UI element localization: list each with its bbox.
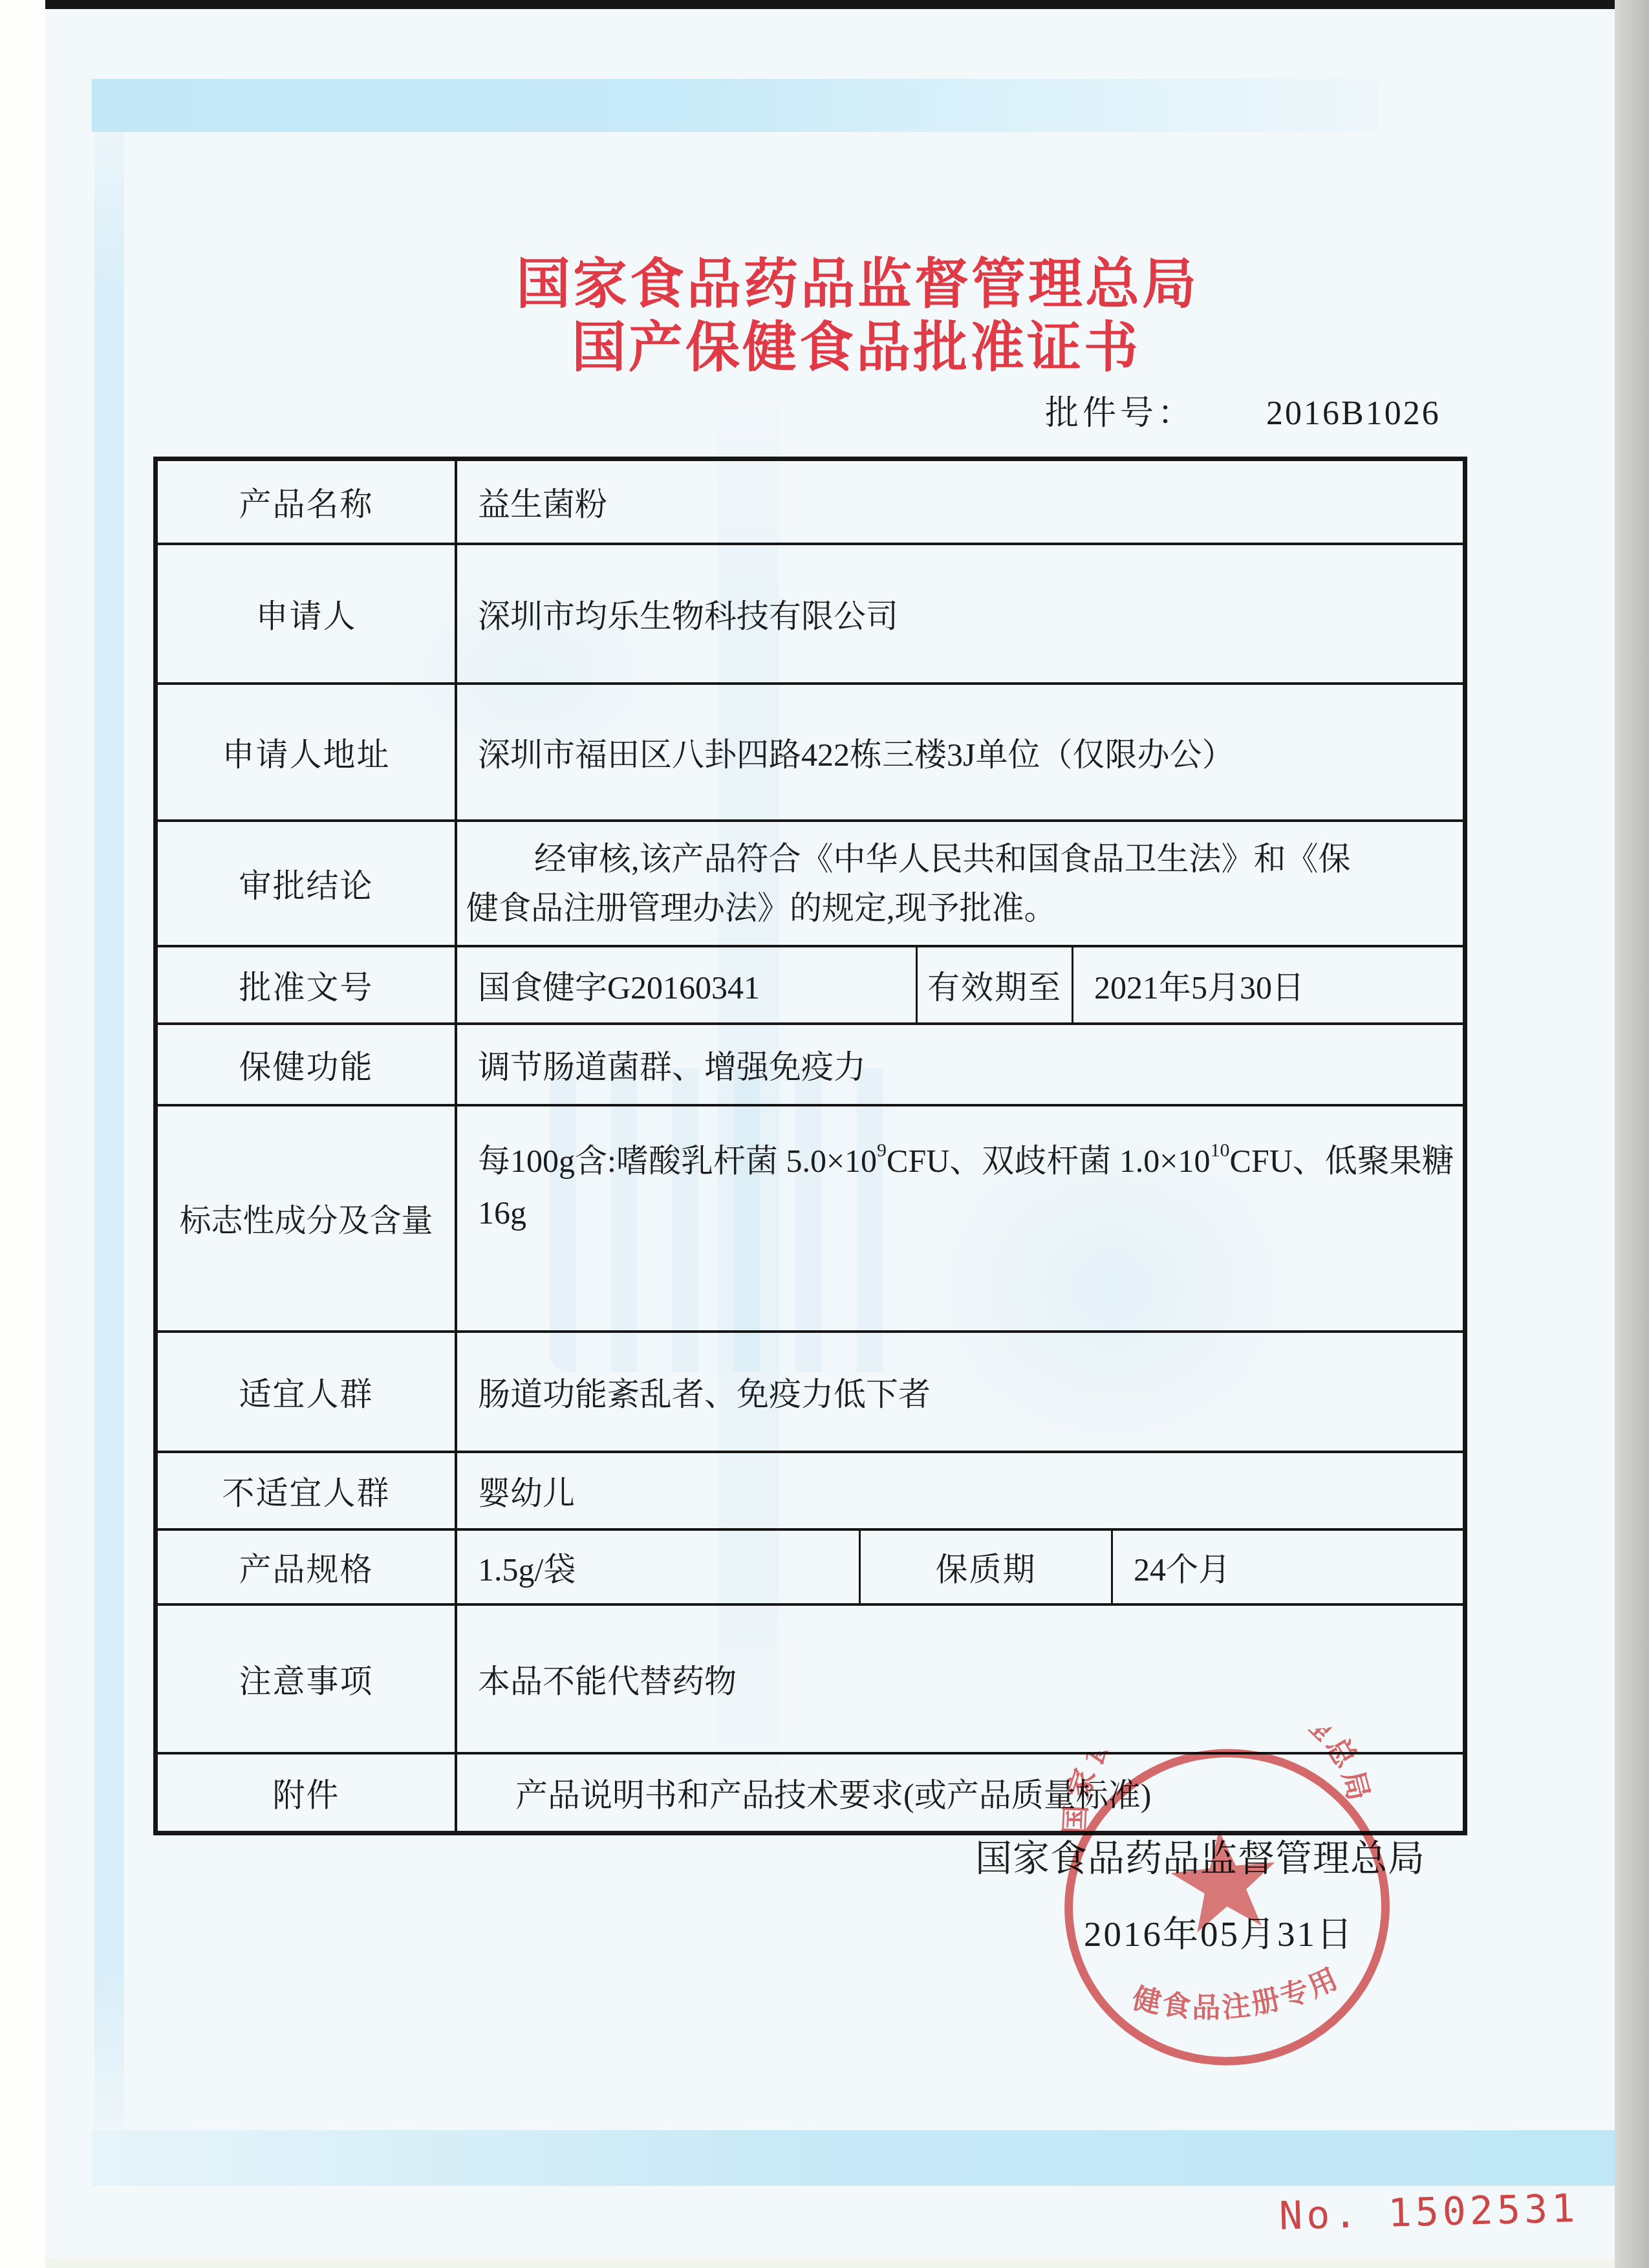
stamp-star-icon — [1167, 1824, 1282, 1934]
row-value: 每100g含:嗜酸乳杆菌 5.0×109CFU、双歧杆菌 1.0×1010CFU… — [457, 1107, 1463, 1330]
bottom-cyan-band — [92, 2130, 1649, 2186]
table-row-precautions: 注意事项 本品不能代替药物 — [158, 1603, 1463, 1752]
row-label: 审批结论 — [158, 822, 457, 945]
conclusion-line-1: 经审核,该产品符合《中华人民共和国食品卫生法》和《保 — [466, 834, 1351, 883]
scan-edge-bottom — [45, 2258, 1615, 2268]
ingredients-part-1: 每100g含:嗜酸乳杆菌 5.0×10 — [478, 1143, 877, 1179]
row-label: 产品名称 — [158, 461, 457, 543]
row-label: 保健功能 — [158, 1025, 457, 1104]
row-label: 批准文号 — [158, 947, 457, 1022]
approval-number-value: 2016B1026 — [1266, 395, 1441, 432]
table-row-marker-components: 标志性成分及含量 每100g含:嗜酸乳杆菌 5.0×109CFU、双歧杆菌 1.… — [158, 1104, 1463, 1330]
approval-number-label: 批件号： — [1045, 395, 1195, 432]
row-label: 不适宜人群 — [158, 1453, 457, 1528]
ingredients-part-2: CFU、双歧杆菌 1.0×10 — [887, 1143, 1210, 1179]
row-value: 婴幼儿 — [457, 1453, 1463, 1528]
table-row-unsuitable-group: 不适宜人群 婴幼儿 — [158, 1451, 1463, 1528]
ingredients-exponent-9: 9 — [877, 1139, 887, 1161]
scan-edge-top — [0, 0, 1615, 9]
row-value: 肠道功能紊乱者、免疫力低下者 — [457, 1333, 1463, 1451]
table-row-approval-document-number: 批准文号 国食健字G20160341 有效期至 2021年5月30日 — [158, 945, 1463, 1022]
official-seal-stamp: 国家食品药品监督管理总局 保健食品注册专用章 — [1036, 1720, 1432, 2099]
product-spec-value: 1.5g/袋 — [457, 1531, 861, 1603]
row-label: 申请人 — [158, 545, 457, 682]
row-label: 标志性成分及含量 — [158, 1107, 457, 1330]
row-value: 益生菌粉 — [457, 461, 1463, 543]
row-value: 经审核,该产品符合《中华人民共和国食品卫生法》和《保 健食品注册管理办法》的规定… — [457, 822, 1463, 945]
row-value: 调节肠道菌群、增强免疫力 — [457, 1025, 1463, 1104]
table-row-approval-conclusion: 审批结论 经审核,该产品符合《中华人民共和国食品卫生法》和《保 健食品注册管理办… — [158, 819, 1463, 945]
row-label: 产品规格 — [158, 1531, 457, 1603]
valid-until-value: 2021年5月30日 — [1073, 947, 1463, 1022]
shelf-life-label: 保质期 — [861, 1531, 1113, 1603]
left-blue-stripe — [94, 132, 124, 2129]
row-label: 申请人地址 — [158, 685, 457, 819]
table-row-product-name: 产品名称 益生菌粉 — [158, 461, 1463, 543]
valid-until-label: 有效期至 — [918, 947, 1073, 1022]
table-row-health-function: 保健功能 调节肠道菌群、增强免疫力 — [158, 1022, 1463, 1104]
approval-number-line: 批件号：2016B1026 — [1045, 385, 1441, 434]
table-row-product-spec: 产品规格 1.5g/袋 保质期 24个月 — [158, 1528, 1463, 1603]
table-row-suitable-group: 适宜人群 肠道功能紊乱者、免疫力低下者 — [158, 1330, 1463, 1451]
shelf-life-value: 24个月 — [1113, 1531, 1463, 1603]
row-value: 深圳市均乐生物科技有限公司 — [457, 545, 1463, 682]
approval-doc-number-value: 国食健字G20160341 — [457, 947, 918, 1022]
row-label: 注意事项 — [158, 1606, 457, 1752]
certificate-title-type: 国产保健食品批准证书 — [572, 304, 1141, 382]
row-value: 深圳市福田区八卦四路422栋三楼3J单位（仅限办公） — [457, 685, 1463, 819]
table-row-applicant-address: 申请人地址 深圳市福田区八卦四路422栋三楼3J单位（仅限办公） — [158, 682, 1463, 819]
certificate-serial-number: No. 1502531 — [1278, 2186, 1579, 2239]
top-cyan-band — [92, 79, 1379, 132]
scan-edge-left — [0, 0, 45, 2268]
row-label: 适宜人群 — [158, 1333, 457, 1451]
conclusion-line-2: 健食品注册管理办法》的规定,现予批准。 — [466, 883, 1057, 933]
table-row-applicant: 申请人 深圳市均乐生物科技有限公司 — [158, 543, 1463, 682]
row-label: 附件 — [158, 1755, 457, 1831]
certificate-table: 产品名称 益生菌粉 申请人 深圳市均乐生物科技有限公司 申请人地址 深圳市福田区… — [153, 457, 1467, 1835]
scan-edge-right — [1615, 0, 1649, 2268]
ingredients-exponent-10: 10 — [1211, 1139, 1230, 1161]
